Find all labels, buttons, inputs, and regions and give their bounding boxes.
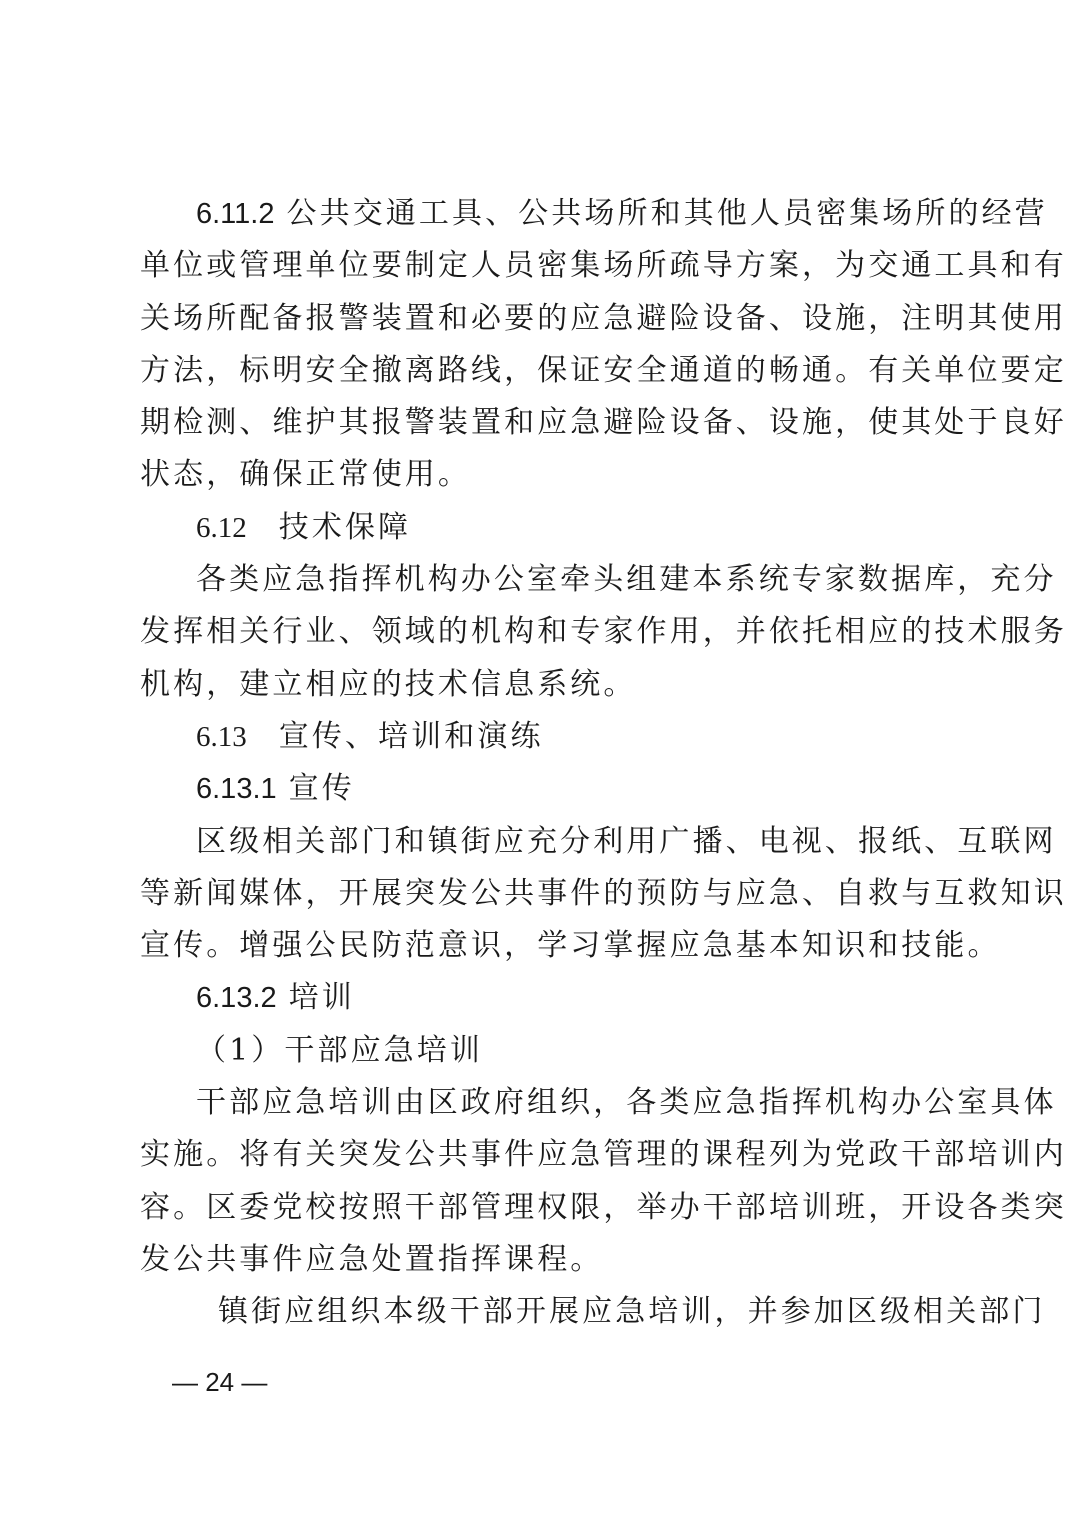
section-number: 6.13 xyxy=(196,721,247,753)
subheading-cadre-training: （1）干部应急培训 xyxy=(140,1025,940,1077)
paragraph-line: 发公共事件应急处置指挥课程。 xyxy=(140,1234,940,1286)
paragraph-line: 期检测、维护其报警装置和应急避险设备、设施，使其处于良好 xyxy=(140,397,940,449)
paragraph-line: 镇街应组织本级干部开展应急培训，并参加区级相关部门 xyxy=(140,1286,940,1338)
section-number: 6.12 xyxy=(196,512,247,544)
section-number: 6.13.2 xyxy=(196,982,277,1014)
heading-6-13: 6.13宣传、培训和演练 xyxy=(140,711,940,763)
document-page: 6.11.2公共交通工具、公共场所和其他人员密集场所的经营 单位或管理单位要制定… xyxy=(140,188,940,1339)
paragraph-line: 方法，标明安全撤离路线，保证安全通道的畅通。有关单位要定 xyxy=(140,345,940,397)
paragraph-line: 容。区委党校按照干部管理权限，举办干部培训班，开设各类突 xyxy=(140,1182,940,1234)
paragraph-line: 干部应急培训由区政府组织，各类应急指挥机构办公室具体 xyxy=(140,1077,940,1129)
paragraph-line: 宣传。增强公民防范意识，学习掌握应急基本知识和技能。 xyxy=(140,920,940,972)
section-number: 6.13.1 xyxy=(196,773,277,805)
heading-6-12: 6.12技术保障 xyxy=(140,502,940,554)
paragraph-line: 区级相关部门和镇街应充分利用广播、电视、报纸、互联网 xyxy=(140,816,940,868)
paragraph-line: 单位或管理单位要制定人员密集场所疏导方案，为交通工具和有 xyxy=(140,240,940,292)
paragraph-line: 机构，建立相应的技术信息系统。 xyxy=(140,659,940,711)
section-number: 6.11.2 xyxy=(196,198,274,230)
paragraph-line: 发挥相关行业、领域的机构和专家作用，并依托相应的技术服务 xyxy=(140,606,940,658)
heading-title: 宣传 xyxy=(289,771,355,806)
section-6-11-2-line-1: 6.11.2公共交通工具、公共场所和其他人员密集场所的经营 xyxy=(140,188,940,240)
page-number: — 24 — xyxy=(172,1367,267,1397)
heading-6-13-1: 6.13.1宣传 xyxy=(140,763,940,815)
paragraph-line: 实施。将有关突发公共事件应急管理的课程列为党政干部培训内 xyxy=(140,1129,940,1181)
heading-title: 宣传、培训和演练 xyxy=(279,719,544,754)
heading-title: 培训 xyxy=(289,980,355,1015)
paragraph-line: 状态，确保正常使用。 xyxy=(140,449,940,501)
paragraph-line: 各类应急指挥机构办公室牵头组建本系统专家数据库，充分 xyxy=(140,554,940,606)
paragraph-line: 关场所配备报警装置和必要的应急避险设备、设施，注明其使用 xyxy=(140,293,940,345)
heading-6-13-2: 6.13.2培训 xyxy=(140,972,940,1024)
heading-title: 技术保障 xyxy=(279,510,411,545)
paragraph-line: 等新闻媒体，开展突发公共事件的预防与应急、自救与互救知识 xyxy=(140,868,940,920)
